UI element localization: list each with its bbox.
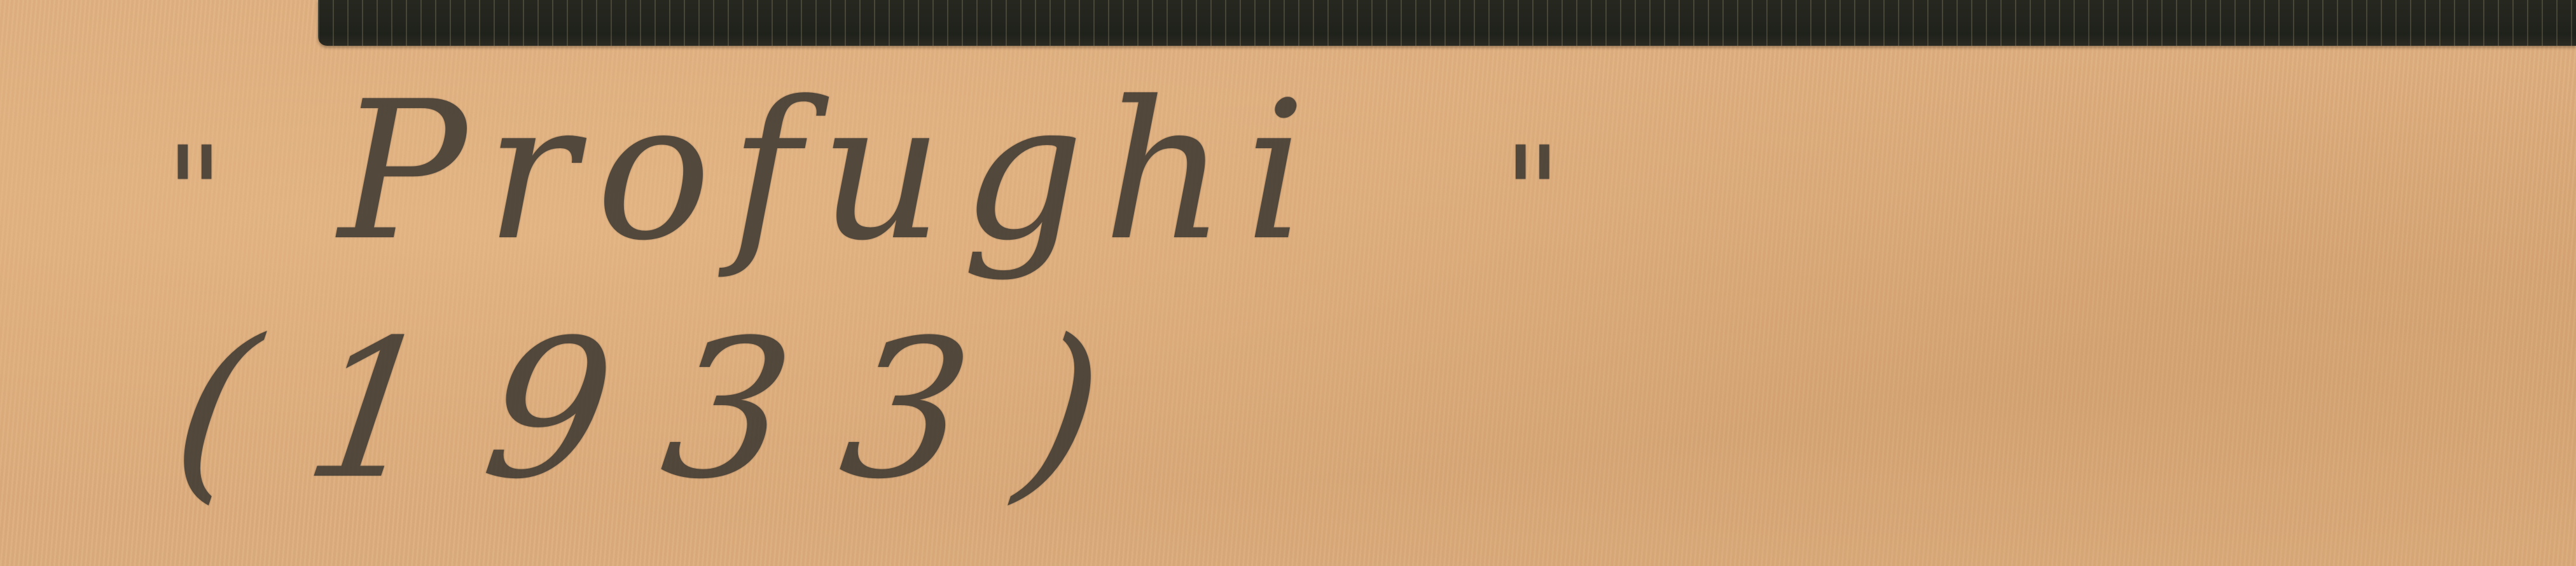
close-quote: " [1503,120,1562,268]
paper-background: "Profughi" (1933) [0,0,2576,566]
woodcut-print-edge [318,0,2576,46]
inscription-year: (1933) [162,299,1172,521]
open-quote: " [165,120,224,268]
title-text: Profughi [338,60,1325,282]
inscription-title: "Profughi" [165,60,1562,282]
